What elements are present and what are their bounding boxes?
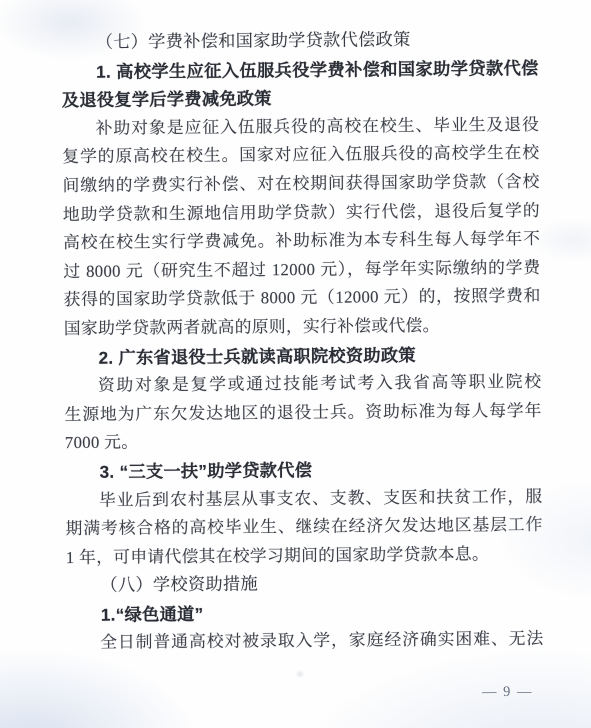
section-heading: 1. 高校学生应征入伍服兵役学费补偿和国家助学贷款代偿及退役复学后学费减免政策	[62, 54, 539, 115]
text-line: 间缴纳的学费实行补偿、对在校期间获得国家助学贷款（含校园	[63, 168, 540, 201]
page-number: — 9 —	[482, 684, 533, 701]
paragraph: 资助对象是复学或通过技能考试考入我省高等职业院校的、生源地为广东欠发达地区的退役…	[64, 368, 542, 458]
text-line: 获得的国家助学贷款低于 8000 元（12000 元）的，按照学费和	[64, 282, 541, 315]
text-line: 期满考核合格的高校毕业生、继续在经济欠发达地区基层工作满	[66, 511, 543, 544]
scanned-document-page: （七）学费补偿和国家助学贷款代偿政策1. 高校学生应征入伍服兵役学费补偿和国家助…	[0, 0, 591, 728]
text-line: 1. 高校学生应征入伍服兵役学费补偿和国家助学贷款代偿	[62, 54, 539, 87]
document-text: （七）学费补偿和国家助学贷款代偿政策1. 高校学生应征入伍服兵役学费补偿和国家助…	[61, 25, 543, 658]
text-line: 全日制普通高校对被录取入学，家庭经济确实困难、无法缴	[67, 625, 544, 658]
text-line: 及退役复学后学费减免政策	[62, 82, 539, 115]
paragraph: 全日制普通高校对被录取入学，家庭经济确实困难、无法缴	[67, 625, 544, 658]
text-line: 3. “三支一扶”助学贷款代偿	[65, 454, 542, 487]
text-line: （八）学校资助措施	[66, 568, 543, 601]
text-line: 7000 元。	[65, 425, 542, 458]
paragraph: 毕业后到农村基层从事支农、支教、支医和扶贫工作，服务期满考核合格的高校毕业生、继…	[65, 482, 543, 572]
text-line: 毕业后到农村基层从事支农、支教、支医和扶贫工作，服务	[65, 482, 542, 515]
text-line: 地助学贷款和生源地信用助学贷款）实行代偿，退役后复学的原	[63, 196, 540, 229]
sub-section-heading: （七）学费补偿和国家助学贷款代偿政策	[61, 25, 538, 58]
sub-section-heading: （八）学校资助措施	[66, 568, 543, 601]
text-line: 资助对象是复学或通过技能考试考入我省高等职业院校的、	[64, 368, 541, 401]
text-line: 1.“绿色通道”	[66, 597, 543, 630]
text-line: 过 8000 元（研究生不超过 12000 元），每学年实际缴纳的学费或	[63, 254, 540, 287]
text-line: 补助对象是应征入伍服兵役的高校在校生、毕业生及退役后	[62, 111, 539, 144]
section-heading: 1.“绿色通道”	[66, 597, 543, 630]
paragraph: 补助对象是应征入伍服兵役的高校在校生、毕业生及退役后复学的原高校在校生。国家对应…	[62, 111, 541, 344]
text-line: 国家助学贷款两者就高的原则，实行补偿或代偿。	[64, 311, 541, 344]
section-heading: 2. 广东省退役士兵就读高职院校资助政策	[64, 339, 541, 372]
text-line: 高校在校生实行学费减免。补助标准为本专科生每人每学年不超	[63, 225, 540, 258]
text-line: 复学的原高校在校生。国家对应征入伍服兵役的高校学生在校期	[62, 139, 539, 172]
text-line: 2. 广东省退役士兵就读高职院校资助政策	[64, 339, 541, 372]
section-heading: 3. “三支一扶”助学贷款代偿	[65, 454, 542, 487]
text-line: 生源地为广东欠发达地区的退役士兵。资助标准为每人每学年	[65, 397, 542, 430]
text-line: （七）学费补偿和国家助学贷款代偿政策	[61, 25, 538, 58]
text-line: 1 年，可申请代偿其在校学习期间的国家助学贷款本息。	[66, 540, 543, 573]
